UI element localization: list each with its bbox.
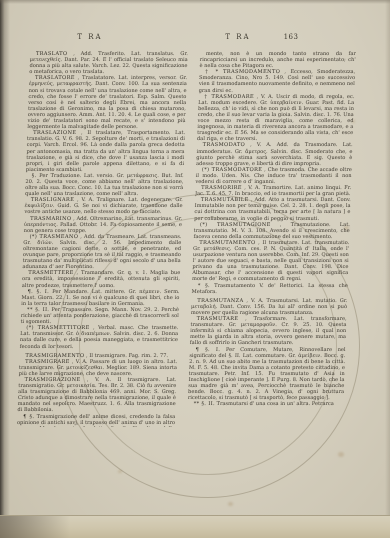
dictionary-entry: TRASMUTARE , Trasformare. Lat. transform… bbox=[190, 316, 347, 346]
dictionary-entry: TRASMORIRE , V. A. Tramortire. Lat. anim… bbox=[195, 185, 351, 197]
dictionary-entry: ¶ §. I. Per Comutare, Mutare, Rinnovella… bbox=[188, 347, 346, 402]
entry-headword: (*) TRASMUTAGIONE bbox=[200, 222, 271, 228]
entry-headword: TRASMUTANZA bbox=[197, 298, 243, 304]
dictionary-entry: ¶ §. Trasmigrazione dell' anime dicesi, … bbox=[17, 414, 175, 427]
dictionary-entry: (*) TRASMUTAGIONE , Trasmutazione. Lat. … bbox=[193, 222, 350, 240]
entry-headword: * §. bbox=[198, 283, 210, 289]
page-top-edge-shadow bbox=[0, 0, 390, 4]
dictionary-entry: ¶. §. I. Per Mandare. Lat. mittere. Gr. … bbox=[21, 289, 180, 307]
entry-headword: TRASMORIRE bbox=[201, 185, 242, 191]
foxing-spot bbox=[118, 470, 122, 473]
column-left: TRASLATO , Add. Trasferito. Lat. transla… bbox=[17, 51, 188, 427]
entry-headword: TRASMUTAMENTO bbox=[199, 240, 255, 246]
dictionary-entry: §. Per Traduzione. Lat. versio. Gr. μετά… bbox=[25, 173, 184, 197]
column-right: mente, non è un mondo tanto strano da fa… bbox=[187, 51, 356, 427]
scanned-dictionary-page: T RA T RA 163 TRASLATO , Add. Trasferito… bbox=[0, 0, 390, 538]
entry-headword: (*) TRASMODATORE bbox=[202, 167, 263, 173]
entry-headword: TRASMARINO bbox=[30, 216, 71, 222]
entry-headword: TRASMIGRARE bbox=[25, 359, 70, 365]
entry-headword: ** §. II. bbox=[27, 307, 50, 313]
entry-headword: §. bbox=[32, 173, 37, 179]
running-title-right: T RA bbox=[216, 33, 260, 41]
dictionary-entry: * §. Trasmutamento V. de' Rettorici. La … bbox=[191, 283, 347, 295]
dictionary-entry: TRASMARINO , Add. Oltremarino. Lat. tran… bbox=[24, 216, 183, 234]
dictionary-entry: TRASMUTANZA , V. A. Trasmutarsi. Lat. mu… bbox=[191, 298, 348, 316]
dictionary-entry: TRASLAZIONE , Il traslatare, Trasportame… bbox=[26, 130, 185, 173]
dictionary-entry: TRASLIGNARE , V. A. Tralignare. Lat. deg… bbox=[24, 197, 183, 215]
running-title-left: T RA bbox=[68, 33, 112, 41]
dictionary-entry: TRASMUTABILE , Add. Atto a trasmutarsi. … bbox=[194, 197, 351, 221]
entry-headword: TRASMUTARE bbox=[197, 316, 239, 322]
foxing-spot bbox=[338, 452, 344, 457]
dictionary-entry: TRASLATO , Add. Trasferito. Lat. transla… bbox=[29, 51, 188, 75]
entry-headword: ¶. §. I. bbox=[27, 289, 49, 295]
page-number: 163 bbox=[275, 33, 307, 41]
entry-headword: (*) TRASMEANO bbox=[29, 234, 78, 240]
entry-headword: TRASMODATO bbox=[203, 142, 246, 148]
dictionary-entry: TRASMUTAMENTO , Il trasmutare. Lat. tran… bbox=[192, 240, 349, 283]
dictionary-entry: TRASMODATO , V. A. Add. da Trasmodare. L… bbox=[196, 142, 353, 166]
entry-headword: TRASMUTABILE bbox=[201, 197, 249, 203]
entry-headword: † TRASMODARE bbox=[204, 94, 254, 100]
text-columns: TRASLATO , Add. Trasferito. Lat. transla… bbox=[17, 51, 356, 427]
entry-headword: TRASMIGRAMENTO bbox=[25, 353, 84, 359]
dictionary-entry: TRASMIGRAZIONE , V. A. Il trasmigrare. L… bbox=[17, 377, 176, 414]
dictionary-entry: (*) TRASMODATORE , Che trasmoda. Che acc… bbox=[195, 167, 352, 185]
dictionary-entry: ** §. II. Trasmutarsi d' una cosa in un'… bbox=[188, 401, 344, 407]
entry-headword: † * TRASMODAMENTO bbox=[205, 69, 280, 75]
page-bottom-edge bbox=[0, 515, 390, 538]
dictionary-entry: † * TRASMODAMENTO , Eccesso, Smoderatezz… bbox=[199, 69, 356, 93]
entry-headword: (*) TRASMETTITORE bbox=[26, 325, 89, 331]
entry-headword: TRASLAZIONE bbox=[33, 130, 76, 136]
dictionary-entry: TRASMIGRARE , V. A. Passare di un luogo … bbox=[19, 359, 178, 377]
dictionary-entry: TRASLATORE , Traslatatore. Lat. interpre… bbox=[27, 75, 187, 130]
foxing-spot bbox=[228, 502, 233, 506]
dictionary-entry: TRASMETTERE , Tramandare. Gr. q. v. 1. M… bbox=[22, 270, 181, 288]
entry-headword: ¶ §. bbox=[23, 414, 34, 420]
dictionary-entry: † TRASMODARE , V. A. Uscir di modo, di r… bbox=[197, 94, 355, 143]
dictionary-entry: (*) TRASMEANO , Add. da Trasmeare. Lat. … bbox=[22, 234, 181, 271]
entry-headword: TRASLIGNARE bbox=[31, 197, 75, 203]
dictionary-entry: (*) TRASMETTITORE , Verbal. masc. Che tr… bbox=[20, 325, 179, 349]
entry-headword: ** §. II. bbox=[194, 401, 216, 407]
entry-headword: ¶ §. I. bbox=[195, 347, 220, 353]
entry-headword: TRASMIGRAZIONE bbox=[24, 377, 80, 383]
page-left-edge-shadow bbox=[0, 0, 10, 538]
entry-headword: TRASLATO bbox=[36, 51, 68, 57]
dictionary-entry: mente, non è un mondo tanto strano da fa… bbox=[199, 51, 356, 69]
page-right-edge-shadow bbox=[385, 0, 390, 538]
entry-headword: TRASLATORE bbox=[35, 75, 75, 81]
entry-headword: TRASMETTERE bbox=[28, 270, 74, 276]
dictionary-entry: ** §. II. Per Trapassare. Segn. Mann. No… bbox=[20, 307, 179, 325]
